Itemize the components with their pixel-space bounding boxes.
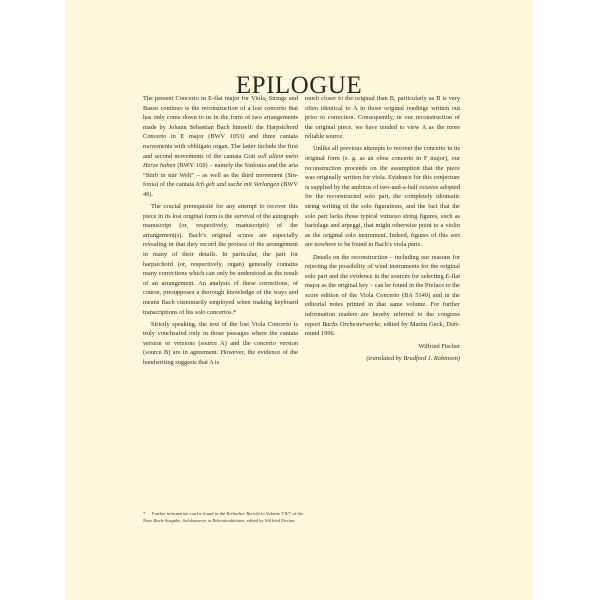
footnote: *Further information can be found in the… — [143, 511, 303, 524]
right-column: much closer to the original than B, part… — [305, 94, 460, 364]
text-run: Details on the reconstruction – includin… — [305, 254, 460, 328]
paragraph-prerequisite: The crucial prerequisite for any attempt… — [143, 202, 298, 317]
paragraph-viola-evidence: Unlike all previous attempts to recover … — [305, 144, 460, 250]
paragraph-sources: Strictly speaking, the text of the lost … — [143, 320, 298, 368]
report-title: Kritischer Bericht — [226, 511, 259, 516]
report-title: Bachs Orchesterwerke — [322, 321, 380, 328]
document-page: EPILOGUE The present Concerto in E-flat … — [65, 0, 533, 600]
footnote-mark: * — [143, 511, 152, 518]
edition-title: Neue Bach-Ausgabe, Solokonzerte in Rekon… — [143, 518, 244, 523]
cantata-title: Ich geh und suche mit Verlangen — [196, 181, 279, 188]
text-run: Further information can be found in the — [152, 511, 226, 516]
translator-credit: (translated by Bradford J. Robinson) — [305, 354, 460, 364]
page-title: EPILOGUE — [65, 72, 533, 100]
paragraph-details: Details on the reconstruction – includin… — [305, 253, 460, 339]
paragraph-continuation: much closer to the original than B, part… — [305, 94, 460, 142]
text-run: The present Concerto in E-flat major for… — [143, 95, 298, 160]
paragraph-intro: The present Concerto in E-flat major for… — [143, 94, 298, 200]
author-signature: Wilfried Fischer — [305, 342, 460, 352]
text-run: to Volume VII/7 of the — [260, 511, 303, 516]
left-column: The present Concerto in E-flat major for… — [143, 94, 298, 368]
text-run: , edited by Wilfried Fischer. — [244, 518, 295, 523]
